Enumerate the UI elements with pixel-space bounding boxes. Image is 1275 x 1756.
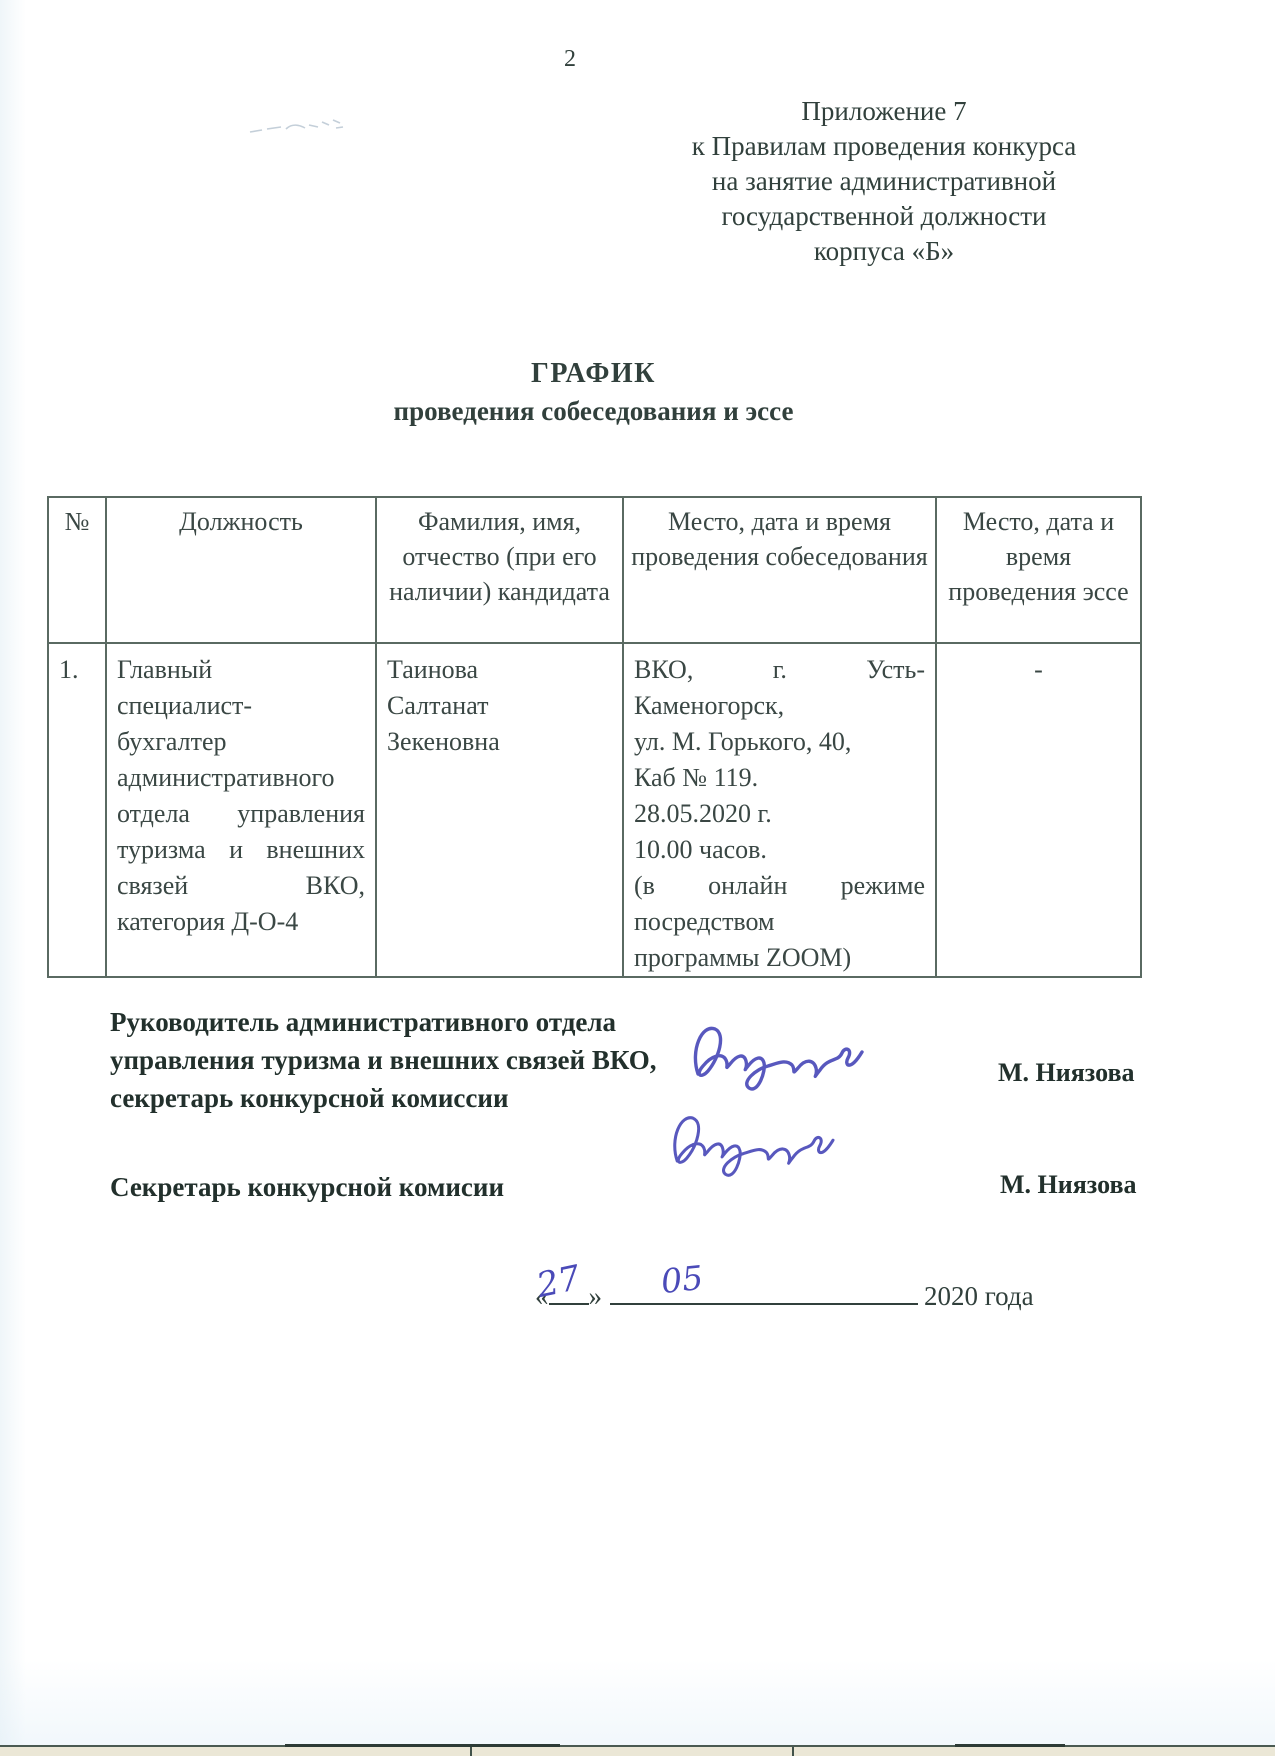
- text-line: административного: [117, 760, 365, 796]
- handwritten-month: 05: [659, 1258, 705, 1301]
- text-line: Каменогорск,: [634, 688, 925, 724]
- header-cell-essay: Место, дата и время проведения эссе: [936, 497, 1141, 643]
- page-number: 2: [0, 46, 1140, 73]
- text-line: Зекеновна: [387, 724, 612, 760]
- year-label: 2020 года: [924, 1281, 1034, 1311]
- scan-bottom-edge: [0, 1745, 1275, 1756]
- text-line: Приложение 7: [645, 94, 1123, 129]
- text-line: туризма и внешних: [117, 832, 365, 868]
- handwritten-signature-2: [662, 1096, 852, 1191]
- text-line: корпуса «Б»: [645, 234, 1123, 269]
- handwritten-signature-1: [682, 1008, 882, 1103]
- cell-position: Главныйспециалист-бухгалтерадминистратив…: [106, 643, 376, 977]
- text-line: (в онлайн режиме: [634, 868, 925, 904]
- text-line: Салтанат: [387, 688, 612, 724]
- signatory-1-name: М. Ниязова: [998, 1058, 1135, 1088]
- text-line: 28.05.2020 г.: [634, 796, 925, 832]
- scan-edge-tint-bottom: [0, 1660, 1275, 1746]
- text-line: отдела управления: [117, 796, 365, 832]
- signatory-2-name: М. Ниязова: [1000, 1170, 1137, 1200]
- document-subtitle: проведения собеседования и эссе: [47, 396, 1140, 427]
- text-line: 10.00 часов.: [634, 832, 925, 868]
- header-cell-candidate: Фамилия, имя, отчество (при его наличии)…: [376, 497, 623, 643]
- text-line: ул. М. Горького, 40,: [634, 724, 925, 760]
- text-line: посредством: [634, 904, 925, 940]
- text-line: государственной должности: [645, 199, 1123, 234]
- scan-edge-mark: [792, 1747, 794, 1756]
- header-cell-interview: Место, дата и время проведения собеседов…: [623, 497, 936, 643]
- month-blank-underline: [610, 1276, 918, 1305]
- text-line: Таинова: [387, 652, 612, 688]
- table-header-row: № Должность Фамилия, имя, отчество (при …: [48, 497, 1141, 643]
- cell-interview-place-date: ВКО, г. Усть-Каменогорск,ул. М. Горького…: [623, 643, 936, 977]
- text-line: категория Д-О-4: [117, 904, 365, 940]
- signatory-1-title: Руководитель административного отделаупр…: [110, 1003, 657, 1117]
- text-line: Каб № 119.: [634, 760, 925, 796]
- text-line: управления туризма и внешних связей ВКО,: [110, 1041, 657, 1079]
- text-line: специалист-: [117, 688, 365, 724]
- close-guillemet: »: [589, 1281, 603, 1311]
- text-line: программы ZOOM): [634, 940, 925, 976]
- signatory-2-title: Секретарь конкурсной комисии: [110, 1172, 504, 1203]
- interview-schedule-table: № Должность Фамилия, имя, отчество (при …: [47, 496, 1142, 978]
- scan-edge-shadow: [285, 1744, 560, 1747]
- date-line: «»2020 года 27 05: [535, 1276, 1034, 1312]
- scan-edge-tint-left: [0, 0, 26, 1756]
- header-cell-num: №: [48, 497, 106, 643]
- pencil-smudge-mark: [248, 112, 348, 140]
- text-line: на занятие административной: [645, 164, 1123, 199]
- text-line: Руководитель административного отдела: [110, 1003, 657, 1041]
- text-line: Секретарь конкурсной комисии: [110, 1172, 504, 1203]
- cell-candidate-name: ТаиноваСалтанатЗекеновна: [376, 643, 623, 977]
- scan-edge-mark: [470, 1747, 472, 1756]
- scan-edge-shadow: [955, 1744, 1065, 1747]
- document-title: ГРАФИК: [47, 358, 1140, 390]
- text-line: связей ВКО,: [117, 868, 365, 904]
- appendix-header: Приложение 7к Правилам проведения конкур…: [645, 94, 1123, 269]
- table-row: 1. Главныйспециалист-бухгалтерадминистра…: [48, 643, 1141, 977]
- cell-row-number: 1.: [48, 643, 106, 977]
- text-line: Главный: [117, 652, 365, 688]
- header-cell-position: Должность: [106, 497, 376, 643]
- text-line: бухгалтер: [117, 724, 365, 760]
- scanned-document-page: 2 Приложение 7к Правилам проведения конк…: [0, 0, 1275, 1756]
- cell-essay-place-date: -: [936, 643, 1141, 977]
- text-line: ВКО, г. Усть-: [634, 652, 925, 688]
- text-line: секретарь конкурсной комиссии: [110, 1079, 657, 1117]
- text-line: к Правилам проведения конкурса: [645, 129, 1123, 164]
